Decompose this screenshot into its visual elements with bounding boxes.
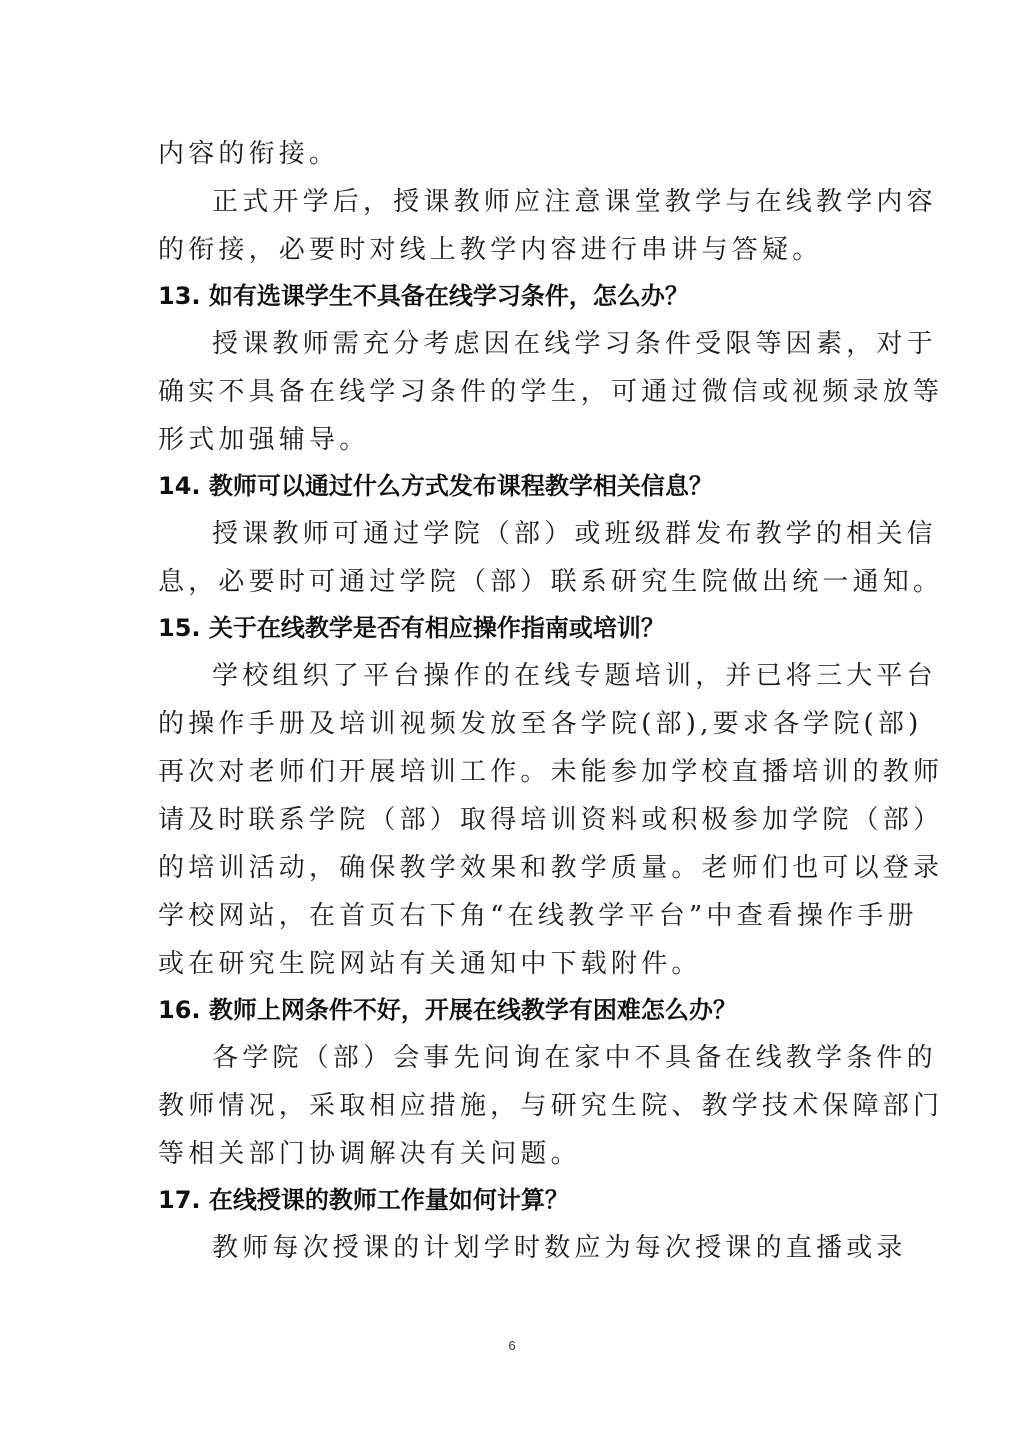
paragraph-line: 的操作手册及培训视频发放至各学院(部),要求各学院(部) <box>158 704 870 744</box>
paragraph-line: 的培训活动，确保教学效果和教学质量。老师们也可以登录 <box>158 848 870 888</box>
question-13-heading: 13. 如有选课学生不具备在线学习条件，怎么办？ <box>158 276 689 316</box>
paragraph-line: 形式加强辅导。 <box>158 420 870 460</box>
question-14-heading: 14. 教师可以通过什么方式发布课程教学相关信息？ <box>158 466 713 506</box>
paragraph-line: 请及时联系学院（部）取得培训资料或积极参加学院（部） <box>158 800 870 840</box>
paragraph-line: 各学院（部）会事先问询在家中不具备在线教学条件的 <box>158 1038 870 1078</box>
paragraph-line: 内容的衔接。 <box>158 134 870 174</box>
page-number: 6 <box>0 1338 1024 1353</box>
paragraph-line: 学校网站，在首页右下角“在线教学平台”中查看操作手册 <box>158 896 870 936</box>
paragraph-line: 授课教师可通过学院（部）或班级群发布教学的相关信 <box>158 514 870 554</box>
paragraph-line: 学校组织了平台操作的在线专题培训，并已将三大平台 <box>158 656 870 696</box>
question-17-heading: 17. 在线授课的教师工作量如何计算？ <box>158 1180 569 1220</box>
paragraph-line: 正式开学后，授课教师应注意课堂教学与在线教学内容 <box>158 182 870 222</box>
paragraph-line: 授课教师需充分考虑因在线学习条件受限等因素，对于 <box>158 324 870 364</box>
paragraph-line: 确实不具备在线学习条件的学生，可通过微信或视频录放等 <box>158 372 870 412</box>
paragraph-line: 等相关部门协调解决有关问题。 <box>158 1134 870 1174</box>
paragraph-line: 教师情况，采取相应措施，与研究生院、教学技术保障部门 <box>158 1086 870 1126</box>
paragraph-line: 或在研究生院网站有关通知中下载附件。 <box>158 944 870 984</box>
paragraph-line: 再次对老师们开展培训工作。未能参加学校直播培训的教师 <box>158 752 870 792</box>
paragraph-line: 的衔接，必要时对线上教学内容进行串讲与答疑。 <box>158 230 870 270</box>
paragraph-line: 息，必要时可通过学院（部）联系研究生院做出统一通知。 <box>158 562 870 602</box>
question-16-heading: 16. 教师上网条件不好，开展在线教学有困难怎么办？ <box>158 990 737 1030</box>
question-15-heading: 15. 关于在线教学是否有相应操作指南或培训？ <box>158 608 665 648</box>
paragraph-line: 教师每次授课的计划学时数应为每次授课的直播或录 <box>158 1228 870 1268</box>
